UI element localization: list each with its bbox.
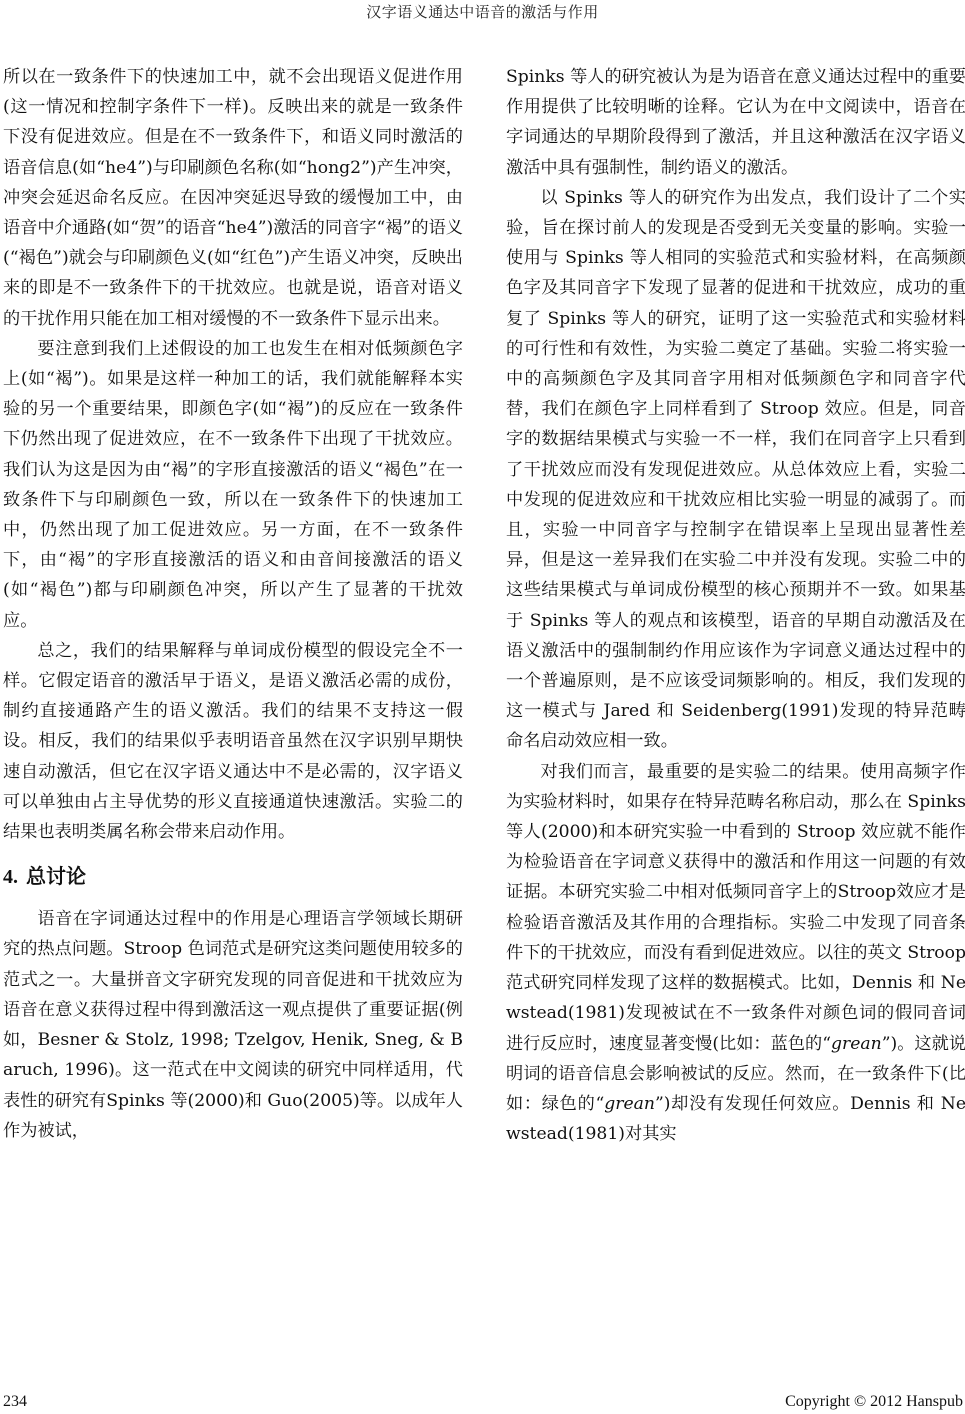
- paragraph: 以 Spinks 等人的研究作为出发点，我们设计了二个实验，旨在探讨前人的发现是…: [506, 183, 965, 757]
- running-header-title: 汉字语义通达中语音的激活与作用: [0, 2, 965, 22]
- italic-word: grean: [604, 1094, 655, 1114]
- paragraph: 对我们而言，最重要的是实验二的结果。使用高频字作为实验材料时，如果存在特异范畴名…: [506, 757, 965, 1150]
- paragraph-text: 对我们而言，最重要的是实验二的结果。使用高频字作为实验材料时，如果存在特异范畴名…: [506, 762, 965, 1054]
- section-heading: 4.总讨论: [3, 861, 463, 892]
- left-column: 所以在一致条件下的快速加工中，就不会出现语义促进作用(这一情况和控制字条件下一样…: [3, 62, 463, 1146]
- italic-word: grean: [831, 1034, 882, 1054]
- paragraph: 语音在字词通达过程中的作用是心理语言学领域长期研究的热点问题。Stroop 色词…: [3, 904, 463, 1146]
- paragraph: Spinks 等人的研究被认为是为语音在意义通达过程中的重要作用提供了比较明晰的…: [506, 62, 965, 183]
- paragraph: 所以在一致条件下的快速加工中，就不会出现语义促进作用(这一情况和控制字条件下一样…: [3, 62, 463, 334]
- copyright-notice: Copyright © 2012 Hanspub: [785, 1392, 963, 1412]
- page-number: 234: [3, 1392, 27, 1412]
- right-column: Spinks 等人的研究被认为是为语音在意义通达过程中的重要作用提供了比较明晰的…: [506, 62, 965, 1149]
- paragraph: 要注意到我们上述假设的加工也发生在相对低频颜色字上(如“褐”)。如果是这样一种加…: [3, 334, 463, 636]
- paragraph: 总之，我们的结果解释与单词成份模型的假设完全不一样。它假定语音的激活早于语义，是…: [3, 636, 463, 847]
- section-number: 4.: [3, 866, 18, 888]
- section-title: 总讨论: [26, 864, 86, 888]
